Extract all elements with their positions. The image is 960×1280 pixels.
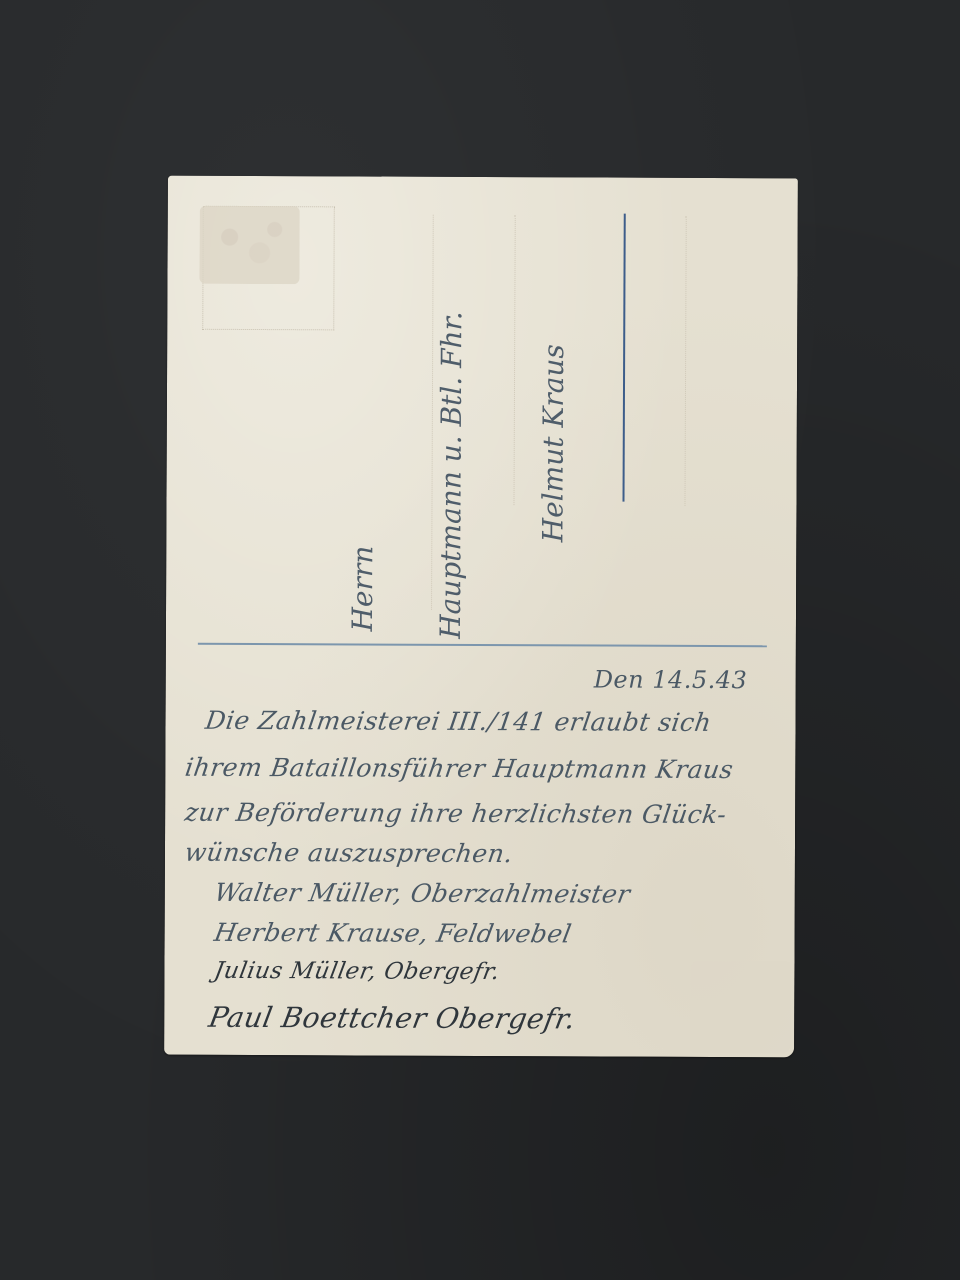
address-rule (684, 216, 686, 506)
address-line-2: Hauptmann u. Btl. Fhr. (434, 311, 468, 639)
address-line-3: Helmut Kraus (536, 344, 570, 542)
address-line-1: Herrn (346, 546, 379, 632)
corner-residue (690, 961, 790, 1053)
signature: Julius Müller, Obergefr. (212, 958, 502, 985)
address-rule (513, 215, 515, 505)
message-line: wünsche auszusprechen. (183, 838, 515, 868)
signature: Paul Boettcher Obergefr. (206, 1001, 578, 1036)
signature: Walter Müller, Oberzahlmeister (212, 878, 633, 909)
message-line: Die Zahlmeisterei III./141 erlaubt sich (203, 706, 713, 737)
message-line: ihrem Bataillonsführer Hauptmann Kraus (183, 753, 735, 784)
stamp-residue (199, 206, 299, 284)
signature: Herbert Krause, Feldwebel (212, 918, 574, 949)
message-date: Den 14.5.43 (594, 665, 748, 694)
printed-divider-horizontal (198, 643, 767, 647)
postcard: Herrn Hauptmann u. Btl. Fhr. Helmut Krau… (164, 176, 798, 1058)
message-line: zur Beförderung ihre herzlichsten Glück- (183, 798, 729, 829)
printed-divider-vertical (623, 214, 626, 502)
